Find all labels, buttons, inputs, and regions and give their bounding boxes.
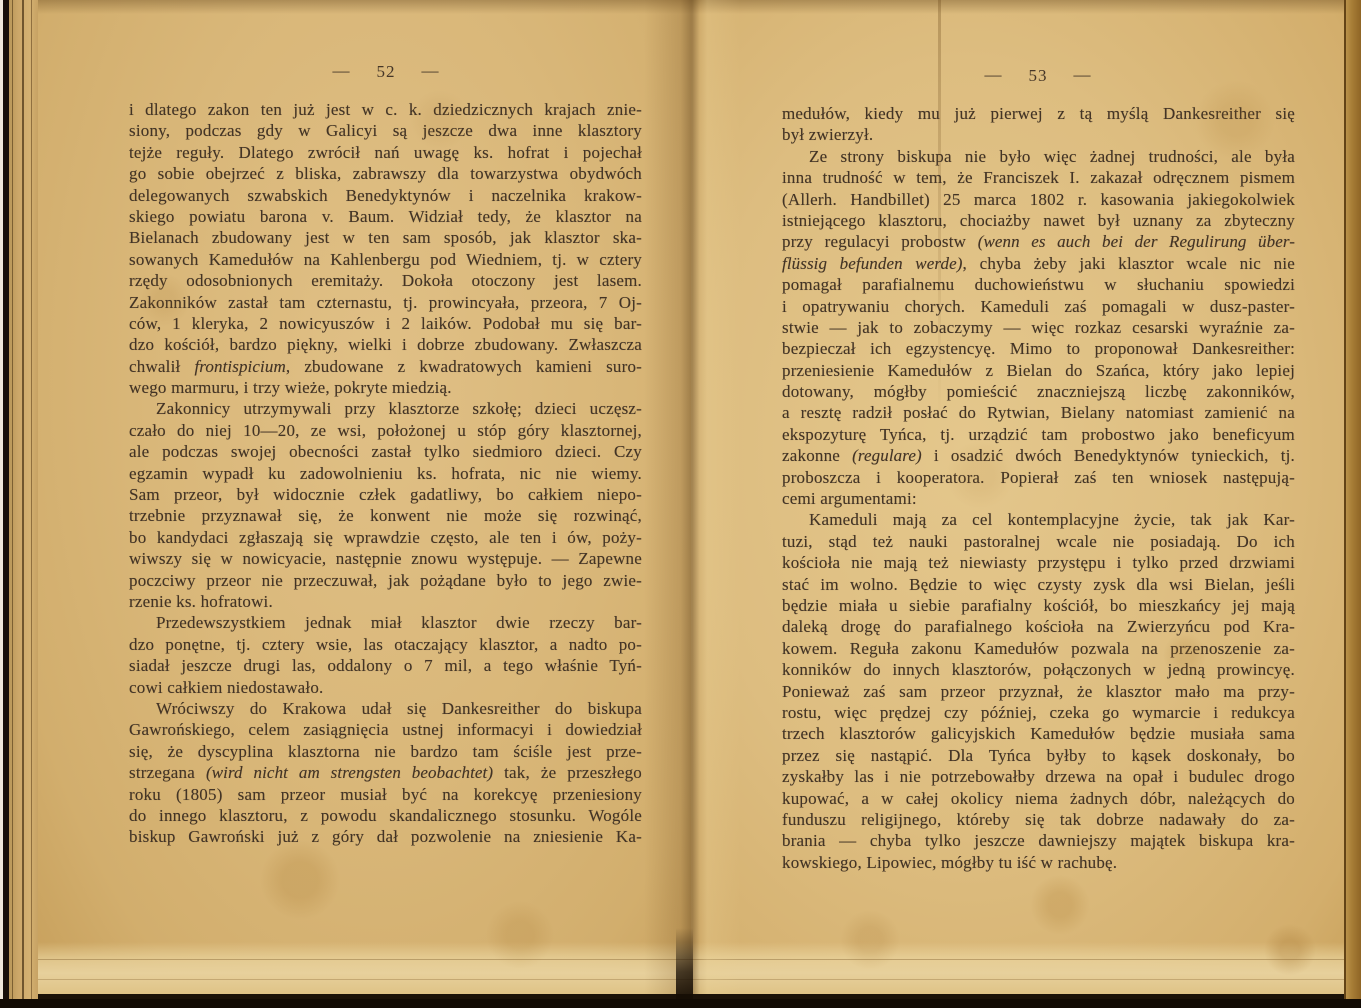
gutter-bottom-gap	[676, 928, 693, 1008]
page-top-shadow	[38, 0, 691, 14]
text-line: pomagał parafialnemu duchowieństwu w słu…	[782, 274, 1295, 295]
header-dash: —	[422, 61, 440, 81]
text-line: rzenie ks. hofratowi.	[129, 591, 642, 612]
text-line: do innego klasztoru, z powodu skandalicz…	[129, 805, 642, 826]
text-line: ców, 1 kleryka, 2 nowicyuszów i 2 laików…	[129, 313, 642, 334]
text-line: zyskałby las i nie potrzebowałby drzewa …	[782, 766, 1295, 787]
text-line: skiego powiatu barona v. Baum. Widział t…	[129, 206, 642, 227]
text-line: kowskiego, Lipowiec, mógłby tu iść w rac…	[782, 852, 1295, 873]
text-line: siadał jeszcze drugi las, oddalony o 7 m…	[129, 655, 642, 676]
page-edge-line	[12, 0, 13, 1008]
text-line: Wróciwszy do Krakowa udał się Dankesreit…	[129, 698, 642, 719]
text-line: trzebnie przyznawał się, że konwent nie …	[129, 505, 642, 526]
text-line: bezpieczał ich egzystencyę. Mimo to prop…	[782, 338, 1295, 359]
page-bottom-edges	[38, 942, 691, 994]
book-spread: —52— —53— i dlatego zakon ten już jest w…	[0, 0, 1361, 1008]
text-line: brania — chyba tylko jeszcze dawniejszy …	[782, 830, 1295, 851]
text-line: czało do niej 10—20, ze wsi, położonej u…	[129, 420, 642, 441]
text-line: dzo kościół, bardzo piękny, wielki i dob…	[129, 334, 642, 355]
text-line: Przedewszystkiem jednak miał klasztor dw…	[129, 612, 642, 633]
text-line: ekspozyturę Tyńca, tj. urządzić tam prob…	[782, 424, 1295, 445]
text-line: (Allerh. Handbillet) 25 marca 1802 r. ka…	[782, 189, 1295, 210]
text-line: bo kandydaci zgłaszają się wprawdzie czę…	[129, 527, 642, 548]
text-line: Kameduli mają za cel kontemplacyjne życi…	[782, 509, 1295, 530]
text-line: konników do innych klasztorów, połączony…	[782, 659, 1295, 680]
text-line: flüssig befunden werde), chyba żeby jaki…	[782, 253, 1295, 274]
page-edge-line	[31, 0, 32, 1008]
text-line: dotowany, mógłby pomieścić znaczniejszą …	[782, 381, 1295, 402]
text-line: stać im wolno. Będzie to więc czysty zys…	[782, 574, 1295, 595]
text-line: Ze strony biskupa nie było więc żadnej t…	[782, 146, 1295, 167]
text-line: rostu, więc prędzej czy później, czeka g…	[782, 702, 1295, 723]
page-number: 52	[377, 62, 396, 81]
text-line: przez się nastąpić. Dla Tyńca byłby to k…	[782, 745, 1295, 766]
text-line: był zwierzył.	[782, 124, 1295, 145]
page-top-shadow	[691, 0, 1346, 14]
left-page-text: i dlatego zakon ten już jest w c. k. dzi…	[129, 99, 642, 848]
page-bottom-crease	[38, 959, 691, 960]
text-line: stwie — jak to zobaczymy — więc rozkaz c…	[782, 317, 1295, 338]
text-line: będzie miała u siebie parafialny kościół…	[782, 595, 1295, 616]
text-line: strzegana (wird nicht am strengsten beob…	[129, 762, 642, 783]
text-line: tuzi, stąd też nauki pastoralnej wcale n…	[782, 531, 1295, 552]
bottom-dark-edge	[0, 999, 1361, 1008]
text-line: egzamin wypadł ku zadowolnieniu ks. hofr…	[129, 463, 642, 484]
text-line: Bielanach zbudowany jest w ten sam sposó…	[129, 227, 642, 248]
text-line: istniejącego klasztoru, chociażby nawet …	[782, 210, 1295, 231]
right-page-header: —53—	[782, 66, 1294, 86]
text-line: Zakonnicy utrzymywali przy klasztorze sz…	[129, 398, 642, 419]
header-dash: —	[333, 61, 351, 81]
text-line: trzech klasztorów galicyjskich Kamedułów…	[782, 723, 1295, 744]
text-line: chwalił frontispicium, zbudowane z kwadr…	[129, 356, 642, 377]
text-line: i dlatego zakon ten już jest w c. k. dzi…	[129, 99, 642, 120]
page-bottom-crease	[691, 979, 1346, 980]
text-line: wego marmuru, i trzy wieże, pokryte mied…	[129, 377, 642, 398]
text-line: Gawrońskiego, celem zasiągnięcia ustnej …	[129, 719, 642, 740]
page-edge-stack	[9, 0, 38, 1008]
text-line: sowanych Kamedułów na Kahlenbergu pod Wi…	[129, 249, 642, 270]
page-bottom-crease	[38, 979, 691, 980]
text-line: Ponieważ zaś sam przeor przyznał, że kla…	[782, 681, 1295, 702]
text-line: delegowanych szwabskich Benedyktynów i n…	[129, 185, 642, 206]
text-line: dzo ponętne, tj. cztery wsie, las otacza…	[129, 634, 642, 655]
text-line: inna trudność w tem, że Franciszek I. za…	[782, 167, 1295, 188]
text-line: rzędy odosobnionych eremitaży. Dokoła ot…	[129, 270, 642, 291]
header-dash: —	[1074, 65, 1092, 85]
text-line: medułów, kiedy mu już pierwej z tą myślą…	[782, 103, 1295, 124]
text-line: daleką drogę do parafialnego kościoła na…	[782, 616, 1295, 637]
text-line: Sam przeor, był widocznie człek gadatliw…	[129, 484, 642, 505]
page-number: 53	[1029, 66, 1048, 85]
text-line: siony, podczas gdy w Galicyi są jeszcze …	[129, 120, 642, 141]
text-line: biskup Gawroński już z góry dał pozwolen…	[129, 826, 642, 847]
right-page-edge	[1344, 0, 1361, 1008]
text-line: Zakonników zastał tam czternastu, tj. pr…	[129, 292, 642, 313]
page-bottom-crease	[691, 959, 1346, 960]
text-line: ale podczas swojej obecności zastał tylk…	[129, 441, 642, 462]
header-dash: —	[985, 65, 1003, 85]
text-line: poczciwy przeor nie przeczuwał, jak pożą…	[129, 570, 642, 591]
text-line: cowi całkiem niedostawało.	[129, 677, 642, 698]
page-bottom-edges	[691, 942, 1346, 994]
text-line: kupować, a w całej okolicy niema żadnych…	[782, 788, 1295, 809]
left-page-header: —52—	[130, 62, 642, 82]
text-line: przy regulacyi probostw (wenn es auch be…	[782, 231, 1295, 252]
right-page-text: medułów, kiedy mu już pierwej z tą myślą…	[782, 103, 1295, 873]
page-edge-line	[22, 0, 24, 1008]
text-line: zakonne (regulare) i osadzić dwóch Bened…	[782, 445, 1295, 466]
text-line: funduszu religijnego, któreby się tak do…	[782, 809, 1295, 830]
text-line: proboszcza i kooperatora. Popierał zaś t…	[782, 467, 1295, 488]
text-line: go sobie obejrzeć z bliska, zabrawszy dl…	[129, 163, 642, 184]
text-line: roku (1805) sam przeor musiał być na kor…	[129, 784, 642, 805]
text-line: tejże reguły. Dlatego zwrócił nań uwagę …	[129, 142, 642, 163]
text-line: a resztę radził posłać do Rytwian, Biela…	[782, 402, 1295, 423]
text-line: przeniesienie Kamedułów z Bielan do Szań…	[782, 360, 1295, 381]
text-line: cemi argumentami:	[782, 488, 1295, 509]
text-line: i opatrywaniu chorych. Kameduli zaś poma…	[782, 296, 1295, 317]
text-line: wiwszy się w nowicyacie, następnie znowu…	[129, 548, 642, 569]
text-line: się, że dyscyplina klasztorna nie bardzo…	[129, 741, 642, 762]
text-line: kowem. Reguła zakonu Kamedułów pozwala n…	[782, 638, 1295, 659]
text-line: kościoła nie mają też niewiasty przystęp…	[782, 552, 1295, 573]
